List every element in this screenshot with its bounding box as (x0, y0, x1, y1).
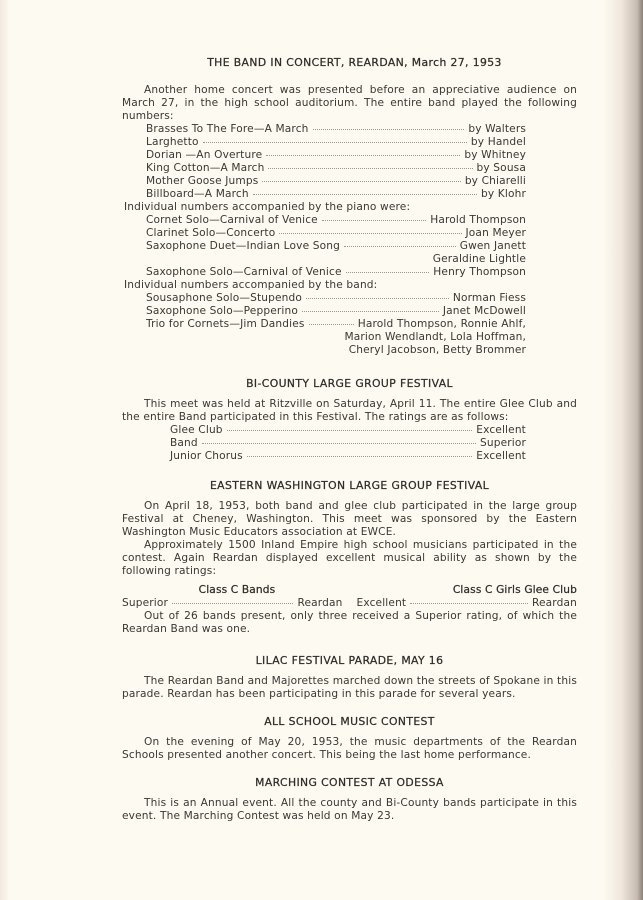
list-item: Clarinet Solo—ConcertoJoan Meyer (146, 227, 526, 240)
allschool-text: On the evening of May 20, 1953, the musi… (122, 736, 577, 762)
page-edge-shadow-left (0, 0, 10, 900)
list-item: Mother Goose Jumpsby Chiarelli (146, 175, 526, 188)
page-gutter-shadow (603, 0, 643, 900)
bicounty-heading: BI-COUNTY LARGE GROUP FESTIVAL (122, 377, 577, 390)
lilac-text: The Reardan Band and Majorettes marched … (122, 675, 577, 701)
dot-leader (203, 142, 467, 143)
class-headings: Class C Bands Class C Girls Glee Club (122, 584, 577, 597)
list-item: Junior ChorusExcellent (170, 450, 526, 463)
bicounty-text: This meet was held at Ritzville on Satur… (122, 398, 577, 424)
dot-leader (309, 324, 354, 325)
list-item: Sousaphone Solo—StupendoNorman Fiess (146, 292, 526, 305)
dot-leader (268, 168, 472, 169)
marching-text: This is an Annual event. All the county … (122, 797, 577, 823)
eastern-text-2: Approximately 1500 Inland Empire high sc… (122, 539, 577, 578)
dot-leader (266, 155, 460, 156)
list-item: Saxophone Duet—Indian Love SongGwen Jane… (146, 240, 526, 253)
marching-heading: MARCHING CONTEST AT ODESSA (122, 776, 577, 789)
piano-intro: Individual numbers accompanied by the pi… (124, 201, 577, 214)
concert-intro: Another home concert was presented befor… (122, 84, 577, 123)
bicounty-section: BI-COUNTY LARGE GROUP FESTIVAL This meet… (122, 377, 577, 463)
dot-leader (172, 603, 293, 604)
concert-section: THE BAND IN CONCERT, REARDAN, March 27, … (122, 56, 577, 357)
dot-leader (306, 298, 449, 299)
eastern-text-3: Out of 26 bands present, only three rece… (122, 610, 577, 636)
dot-leader (346, 272, 430, 273)
dot-leader (227, 430, 473, 431)
list-item: King Cotton—A Marchby Sousa (146, 162, 526, 175)
list-item: Saxophone Solo—PepperinoJanet McDowell (146, 305, 526, 318)
dot-leader (322, 220, 426, 221)
list-item: Saxophone Solo—Carnival of VeniceHenry T… (146, 266, 526, 279)
allschool-section: ALL SCHOOL MUSIC CONTEST On the evening … (122, 715, 577, 762)
list-item: Brasses To The Fore—A Marchby Walters (146, 123, 526, 136)
dot-leader (262, 181, 460, 182)
list-item-continuation: Marion Wendlandt, Lola Hoffman, (146, 331, 526, 344)
dot-leader (279, 233, 461, 234)
list-item-continuation: Cheryl Jacobson, Betty Brommer (146, 344, 526, 357)
list-item: Larghettoby Handel (146, 136, 526, 149)
marching-section: MARCHING CONTEST AT ODESSA This is an An… (122, 776, 577, 823)
band-accompanied-intro: Individual numbers accompanied by the ba… (124, 279, 577, 292)
dot-leader (253, 194, 477, 195)
eastern-text-1: On April 18, 1953, both band and glee cl… (122, 500, 577, 539)
dot-leader (313, 129, 465, 130)
list-item: Glee ClubExcellent (170, 424, 526, 437)
band-numbers-list: Brasses To The Fore—A Marchby Walters La… (146, 123, 526, 201)
class-ratings: SuperiorReardan ExcellentReardan (122, 597, 577, 610)
list-item-continuation: Geraldine Lightle (146, 253, 526, 266)
dot-leader (302, 311, 439, 312)
yearbook-page: THE BAND IN CONCERT, REARDAN, March 27, … (122, 52, 577, 823)
lilac-heading: LILAC FESTIVAL PARADE, MAY 16 (122, 654, 577, 667)
dot-leader (247, 456, 472, 457)
list-item: Dorian —An Overtureby Whitney (146, 149, 526, 162)
dot-leader (202, 443, 476, 444)
dot-leader (344, 246, 456, 247)
band-accompanied-list: Sousaphone Solo—StupendoNorman Fiess Sax… (146, 292, 526, 357)
allschool-heading: ALL SCHOOL MUSIC CONTEST (122, 715, 577, 728)
concert-heading: THE BAND IN CONCERT, REARDAN, March 27, … (132, 56, 577, 69)
class-c-glee-heading: Class C Girls Glee Club (352, 584, 577, 597)
eastern-heading: EASTERN WASHINGTON LARGE GROUP FESTIVAL (122, 479, 577, 492)
eastern-section: EASTERN WASHINGTON LARGE GROUP FESTIVAL … (122, 479, 577, 636)
list-item: Billboard—A Marchby Klohr (146, 188, 526, 201)
list-item: BandSuperior (170, 437, 526, 450)
list-item: Cornet Solo—Carnival of VeniceHarold Tho… (146, 214, 526, 227)
list-item: Trio for Cornets—Jim DandiesHarold Thomp… (146, 318, 526, 331)
class-c-bands-heading: Class C Bands (122, 584, 352, 597)
list-item: ExcellentReardan (357, 597, 578, 610)
piano-numbers-list: Cornet Solo—Carnival of VeniceHarold Tho… (146, 214, 526, 279)
list-item: SuperiorReardan (122, 597, 343, 610)
dot-leader (410, 603, 528, 604)
lilac-section: LILAC FESTIVAL PARADE, MAY 16 The Rearda… (122, 654, 577, 701)
bicounty-ratings-list: Glee ClubExcellent BandSuperior Junior C… (170, 424, 526, 463)
